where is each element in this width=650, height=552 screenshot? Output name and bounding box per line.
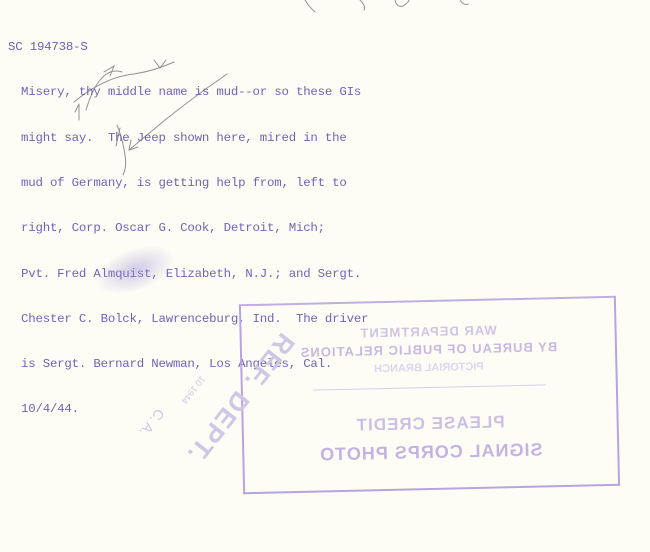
stamp-divider	[313, 384, 546, 390]
stamp-line: SIGNAL CORPS PHOTO	[244, 438, 617, 467]
signal-corps-stamp: WAR DEPARTMENT BY BUREAU OF PUBLIC RELAT…	[239, 296, 620, 495]
caption-line: Misery, thy middle name is mud--or so th…	[8, 85, 368, 100]
caption-line: mud of Germany, is getting help from, le…	[8, 176, 368, 191]
caption-line: Pvt. Fred Almquist, Elizabeth, N.J.; and…	[8, 267, 368, 282]
caption-line: might say. The Jeep shown here, mired in…	[8, 131, 368, 146]
caption-line: right, Corp. Oscar G. Cook, Detroit, Mic…	[8, 221, 368, 236]
stamp-line: PICTORIAL BRANCH	[242, 358, 615, 378]
stamp-line: PLEASE CREDIT	[243, 410, 616, 438]
photo-back-page: SC 194738-S Misery, thy middle name is m…	[0, 0, 650, 552]
photo-id: SC 194738-S	[8, 40, 368, 55]
